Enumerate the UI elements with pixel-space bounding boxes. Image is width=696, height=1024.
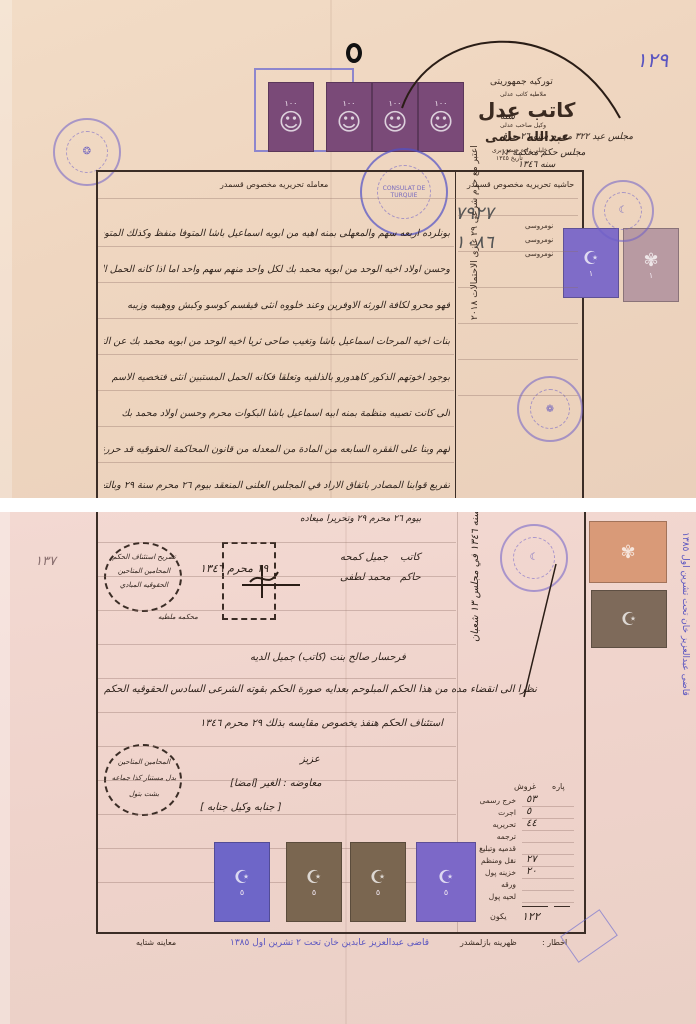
circle-note-line: المحامين المتاحين <box>108 754 180 770</box>
body-rule <box>98 644 456 645</box>
margin-note: سنه ١٣٤٦ <box>518 160 555 170</box>
fee-label: ورقه <box>480 880 516 889</box>
revenue-stamp-crescent: ☪٥ <box>416 842 476 922</box>
court-seal: ❁ <box>517 376 583 442</box>
body-line: عزيز <box>300 754 320 765</box>
crescent-star-icon: ☪ <box>621 609 637 630</box>
body-line: [ جنابه وكيل جنابه ] <box>200 802 281 813</box>
margin-rule <box>458 359 578 360</box>
fees-table: پارهغروشخرج رسمى٥٣اجرت٥تحريريه٤٤ترجمهقدم… <box>470 782 580 932</box>
fee-rule <box>522 830 574 831</box>
lawyer-note-text: المحامين المتاحينبدل مستنار كذا جماعهبشت… <box>108 754 180 802</box>
crescent-icon: ☾ <box>604 192 642 230</box>
body-rule <box>98 282 454 283</box>
margin-rule <box>458 323 578 324</box>
stamp-denomination: ١٠٠ <box>343 99 356 108</box>
revenue-stamp-crescent: ☪٥ <box>214 842 270 922</box>
document-page-2: ١٣٧ بيوم ٢٦ محرم ٢٩ وتحريرا ميعاده كاتبج… <box>0 512 696 1024</box>
appeal-note-text: تصريح استئناف الحكمالمحامين المتاحينالحق… <box>108 550 180 592</box>
body-rule <box>98 318 454 319</box>
body-rule <box>98 678 456 679</box>
body-rule <box>98 610 456 611</box>
stamp-denomination: ٥ <box>376 888 380 897</box>
fee-rule <box>522 842 574 843</box>
fee-rule <box>522 890 574 891</box>
total-rule <box>522 906 548 907</box>
fee-value: ٢٧ <box>526 854 537 865</box>
signature-stroke <box>240 560 302 600</box>
fee-value: ٤٤ <box>526 818 537 829</box>
body-line: وحسن اولاد اخيه الوحد من ابويه محمد بك ل… <box>104 264 450 275</box>
frame-header-right: حاشيه تحريريه مخصوص قسمدر <box>467 180 574 189</box>
fee-total-label: يكون <box>490 912 507 921</box>
body-rule <box>98 426 454 427</box>
fee-value: ٥ <box>526 806 531 817</box>
grommet-hole-icon <box>346 43 362 63</box>
crescent-star-icon: ☪ <box>370 867 386 888</box>
fee-value: ٢٠ <box>526 866 537 877</box>
circle-note-line: تصريح استئناف الحكم <box>108 550 180 564</box>
fee-label: تحريريه <box>480 820 516 829</box>
fee-rule <box>522 902 574 903</box>
body-line: نظرا الى انقضاء مده من هذا الحكم المبلوح… <box>104 684 537 695</box>
page-edge <box>0 0 12 498</box>
body-rule <box>98 462 454 463</box>
margin-rule <box>458 251 578 252</box>
portrait-icon: ☺ <box>336 108 361 136</box>
page-edge <box>0 512 10 1024</box>
body-line: الى كانت تصيبه منظمة بمنه ابيه اسماعيل ب… <box>104 408 450 419</box>
body-rule <box>98 712 456 713</box>
footer-stamp-text: قاضى عبدالعزيز عابدين خان تحت ٢ تشرين او… <box>230 938 429 948</box>
left-margin-mark: ١٣٧ <box>35 554 56 569</box>
revenue-stamp-portrait: ١٠٠☺ <box>268 82 314 152</box>
circle-note-line: بدل مستنار كذا جماعه <box>108 770 180 786</box>
document-page-1: ❂ ١٠٠☺١٠٠☺١٠٠☺١٠٠☺ CONSULAT DE TURQUIE ت… <box>0 0 696 498</box>
stamp-denomination: ٥ <box>444 888 448 897</box>
body-line: استئناف الحكم هنفذ يخصوص مقايسه بذلك ٢٩ … <box>200 718 443 729</box>
revenue-stamp-crescent: ☪ <box>591 590 667 648</box>
revenue-stamp-portrait: ١٠٠☺ <box>326 82 372 152</box>
crescent-star-icon: ☪ <box>438 867 454 888</box>
margin-label: نومروسى <box>525 236 553 244</box>
file-number: ١٢٩ <box>636 48 668 72</box>
fee-label: لحيه پول <box>480 892 516 901</box>
body-line: بوجود اخوتهم الذكور كاهدورو بالذلفيه وتع… <box>104 372 450 383</box>
revenue-stamp-crescent: ☪٥ <box>350 842 406 922</box>
body-line: فهو محرو لكافة الورثه الاوفرين وعند خلوو… <box>104 300 450 311</box>
body-rule <box>98 354 454 355</box>
purple-seal: ☾ <box>592 180 654 242</box>
total-rule <box>554 906 570 907</box>
body-rule <box>98 814 456 815</box>
margin-label: نومروسى <box>525 222 553 230</box>
fee-label: ترجمه <box>480 832 516 841</box>
appeal-note-under: محكمه ملطيه <box>158 613 198 621</box>
body-rule <box>98 542 456 543</box>
body-line: تفريع قوابنا المصادر باتفاق الاراد في ال… <box>104 480 450 491</box>
fee-label: نقل ومنظم <box>480 856 516 865</box>
crescent-star-icon: ☪ <box>234 867 250 888</box>
circle-note-line: بشت بتول <box>108 786 180 802</box>
frame-header-left: معامله تحريريه مخصوص قسمدر <box>220 180 328 189</box>
emblem-icon: ✾ <box>620 542 635 563</box>
margin-note: مجلس حكم محكمة ١٢ <box>500 148 586 158</box>
crescent-star-icon: ☪ <box>583 248 599 269</box>
body-line: لهم وبنا على الفقره السابعه من المادة من… <box>104 444 450 455</box>
fee-label: خزينه پول <box>480 868 516 877</box>
footer-left: معاينه شتايه <box>136 938 176 947</box>
fee-label: خرج رسمى <box>480 796 516 805</box>
portrait-icon: ☺ <box>278 108 303 136</box>
margin-note: سنه <box>500 112 515 122</box>
top-line: بيوم ٢٦ محرم ٢٩ وتحريرا ميعاده <box>300 514 421 524</box>
fee-label: قدميه وتبليغ <box>480 844 516 853</box>
revenue-stamp-orange: ✾ <box>589 521 667 583</box>
name-value: جميل كمحه <box>340 552 388 563</box>
margin-note: مجلس عيد ٣٢٢ محرم سنة ٢٦ حرق <box>500 132 633 142</box>
emblem-icon: ✾ <box>643 250 658 271</box>
fee-rule <box>522 878 574 879</box>
frame-bottom <box>96 932 584 934</box>
body-line: فرحسار صالح بنت (كاتب) جميل الديه <box>250 652 406 663</box>
name-label: حاكم <box>400 572 421 583</box>
stamp-denomination: ١٠٠ <box>285 99 298 108</box>
name-label: كاتب <box>400 552 420 563</box>
fee-label: اجرت <box>480 808 516 817</box>
margin-rule <box>458 395 578 396</box>
pen-stroke <box>520 562 560 702</box>
vertical-note: اعتبر مع حرم شرعى ٢٩ غازى الاحتمالات ٢٠١… <box>470 145 480 320</box>
stamp-denomination: ٥ <box>312 888 316 897</box>
fees-header-kurus: غروش <box>514 782 536 791</box>
fees-header-para: پاره <box>552 782 565 791</box>
header-rule <box>98 198 578 199</box>
body-line: بنات اخيه المرحات اسماعيل باشا وتغيب صاح… <box>104 336 450 347</box>
body-rule <box>98 576 456 577</box>
fee-total-value: ١٢٢ <box>522 910 540 923</box>
circle-note-line: الحقوقيه المبادي <box>108 578 180 592</box>
name-value: محمد لطفى <box>340 572 391 583</box>
margin-rule <box>458 215 578 216</box>
vertical-note: هيئت دائره سنه ١٣٤٦ في مجلس ١٣ شعبان <box>470 512 481 642</box>
fee-value: ٥٣ <box>526 794 537 805</box>
revenue-stamp-crescent: ☪٥ <box>286 842 342 922</box>
seal-emblem-icon: ❂ <box>66 131 108 173</box>
body-rule <box>98 390 454 391</box>
body-rule <box>98 746 456 747</box>
body-rule <box>98 246 454 247</box>
margin-rule <box>458 287 578 288</box>
crescent-star-icon: ☪ <box>306 867 322 888</box>
stamp-denomination: ٥ <box>240 888 244 897</box>
footer-note: ظهرينه بازلمشدر <box>460 938 517 947</box>
body-rule <box>98 780 456 781</box>
body-line: بونلرده اربعه سهم والمعهلى بمنه اهيه من … <box>104 228 450 239</box>
right-margin-stamp-text: قاضى عبدالعزيز خان تحت تشرين اول ١٣٨٥ <box>680 532 690 696</box>
